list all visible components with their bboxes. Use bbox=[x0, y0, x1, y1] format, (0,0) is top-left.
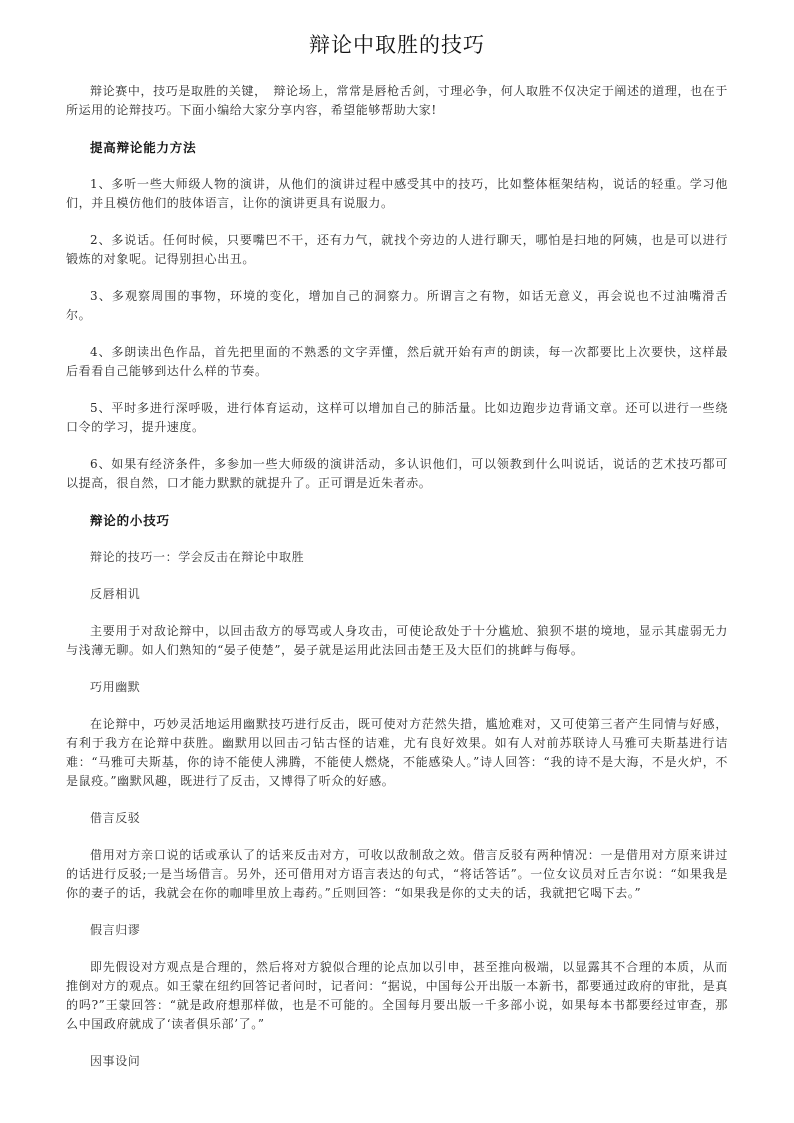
tip-title: 辩论的技巧一：学会反击在辩论中取胜 bbox=[66, 548, 728, 567]
list-item: 3、多观察周围的事物，环境的变化，增加自己的洞察力。所谓言之有物，如话无意义，再… bbox=[66, 287, 728, 325]
document-page: 辩论中取胜的技巧 辩论赛中，技巧是取胜的关键， 辩论场上，常常是唇枪舌剑，寸理必… bbox=[66, 30, 728, 1089]
subsection-title: 巧用幽默 bbox=[66, 678, 728, 697]
subsection-body: 即先假设对方观点是合理的，然后将对方貌似合理的论点加以引申，甚至推向极端，以显露… bbox=[66, 958, 728, 1034]
subsection-body: 在论辩中，巧妙灵活地运用幽默技巧进行反击，既可使对方茫然失措，尴尬难对，又可使第… bbox=[66, 715, 728, 791]
list-item: 4、多朗读出色作品，首先把里面的不熟悉的文字弄懂，然后就开始有声的朗读，每一次都… bbox=[66, 343, 728, 381]
subsection-body: 主要用于对敌论辩中，以回击敌方的辱骂或人身攻击，可使论敌处于十分尴尬、狼狈不堪的… bbox=[66, 622, 728, 660]
list-item: 2、多说话。任何时候，只要嘴巴不干，还有力气，就找个旁边的人进行聊天，哪怕是扫地… bbox=[66, 231, 728, 269]
subsection-title: 借言反驳 bbox=[66, 809, 728, 828]
subsection-title: 因事设问 bbox=[66, 1052, 728, 1071]
list-item: 6、如果有经济条件，多参加一些大师级的演讲活动，多认识他们，可以领教到什么叫说话… bbox=[66, 455, 728, 493]
subsection-title: 假言归谬 bbox=[66, 921, 728, 940]
section-heading-tips: 辩论的小技巧 bbox=[66, 511, 728, 530]
section-heading-improve-ability: 提高辩论能力方法 bbox=[66, 138, 728, 157]
subsection-body: 借用对方亲口说的话或承认了的话来反击对方，可收以敌制敌之效。借言反驳有两种情况：… bbox=[66, 846, 728, 903]
list-item: 1、多听一些大师级人物的演讲，从他们的演讲过程中感受其中的技巧，比如整体框架结构… bbox=[66, 175, 728, 213]
page-title: 辩论中取胜的技巧 bbox=[66, 30, 728, 60]
subsection-title: 反唇相讥 bbox=[66, 585, 728, 604]
intro-paragraph: 辩论赛中，技巧是取胜的关键， 辩论场上，常常是唇枪舌剑，寸理必争，何人取胜不仅决… bbox=[66, 82, 728, 120]
list-item: 5、平时多进行深呼吸，进行体育运动，这样可以增加自己的肺活量。比如边跑步边背诵文… bbox=[66, 399, 728, 437]
